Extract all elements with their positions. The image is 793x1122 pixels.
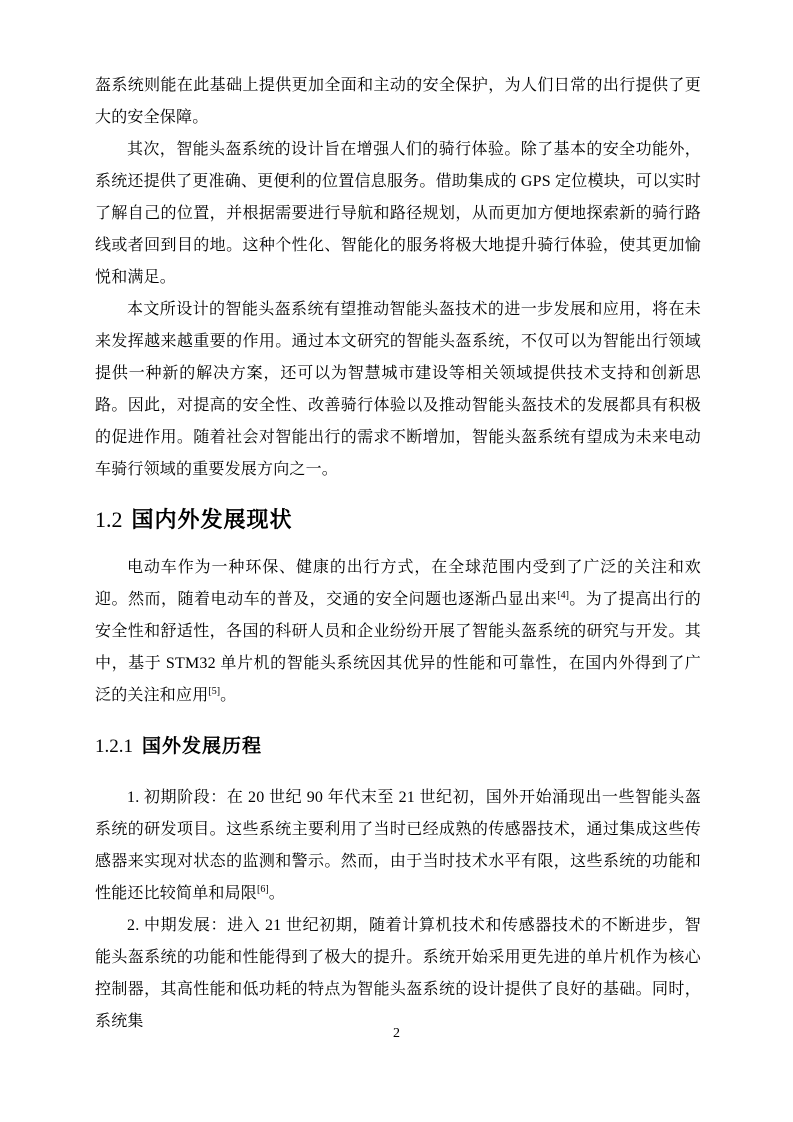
heading-1-2-1: 1.2.1国外发展历程 <box>95 732 701 762</box>
heading-title: 国内外发展现状 <box>132 507 293 532</box>
heading-number: 1.2.1 <box>95 736 133 757</box>
para-mid-stage: 2. 中期发展：进入 21 世纪初期，随着计算机技术和传感器技术的不断进步，智能… <box>95 910 701 1038</box>
heading-1-2: 1.2国内外发展现状 <box>95 502 701 538</box>
para-ebike-background: 电动车作为一种环保、健康的出行方式，在全球范围内受到了广泛的关注和欢迎。然而，随… <box>95 552 701 712</box>
heading-number: 1.2 <box>95 507 123 532</box>
document-page: 盔系统则能在此基础上提供更加全面和主动的安全保护，为人们日常的出行提供了更大的安… <box>0 0 793 1122</box>
citation-marker: [4] <box>557 590 569 601</box>
para-future-development: 本文所设计的智能头盔系统有望推动智能头盔技术的进一步发展和应用，将在未来发挥越来… <box>95 294 701 486</box>
para-riding-experience: 其次，智能头盔系统的设计旨在增强人们的骑行体验。除了基本的安全功能外，系统还提供… <box>95 134 701 294</box>
document-body: 盔系统则能在此基础上提供更加全面和主动的安全保护，为人们日常的出行提供了更大的安… <box>95 70 701 1038</box>
para-safety-protection-continued: 盔系统则能在此基础上提供更加全面和主动的安全保护，为人们日常的出行提供了更大的安… <box>95 70 701 134</box>
heading-title: 国外发展历程 <box>142 736 262 757</box>
page-number: 2 <box>393 1026 400 1041</box>
citation-marker: [6] <box>257 884 269 895</box>
page-footer: 2 <box>0 1026 793 1042</box>
para-early-stage: 1. 初期阶段：在 20 世纪 90 年代末至 21 世纪初，国外开始涌现出一些… <box>95 782 701 910</box>
citation-marker: [5] <box>208 686 220 697</box>
